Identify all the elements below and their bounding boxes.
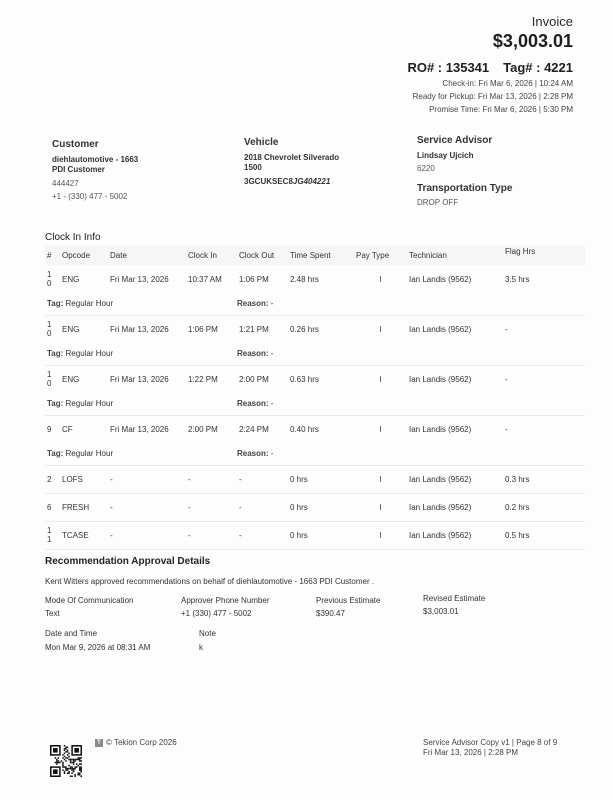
row-number-digit: 1 bbox=[47, 370, 58, 379]
reason-cell: Reason: - bbox=[237, 443, 585, 465]
row-number-digit: 9 bbox=[47, 425, 58, 434]
customer-section: Customer diehlautomotive - 1663 PDI Cust… bbox=[52, 139, 138, 202]
qr-code-icon bbox=[50, 745, 82, 777]
flag-hrs-cell: 0.5 hrs bbox=[503, 521, 585, 549]
table-row-tag: Tag: Regular HourReason: - bbox=[45, 393, 585, 415]
previous-estimate-value: $390.47 bbox=[316, 609, 345, 618]
col-header-time-spent: Time Spent bbox=[288, 245, 354, 265]
reason-cell: Reason: - bbox=[237, 293, 585, 315]
date-cell: Fri Mar 13, 2026 bbox=[108, 365, 186, 393]
row-number-digit: 0 bbox=[47, 379, 58, 388]
approver-phone-value: +1 (330) 477 - 5002 bbox=[181, 609, 252, 618]
clock-out-cell: 2:00 PM bbox=[237, 365, 288, 393]
clock-in-cell: - bbox=[186, 465, 237, 493]
col-header-flag-hrs: Flag Hrs bbox=[503, 245, 585, 265]
promise-time: Promise Time: Fri Mar 6, 2026 | 5:30 PM bbox=[429, 105, 573, 114]
revised-estimate-value: $3,003.01 bbox=[423, 607, 459, 616]
tag-label: Tag: bbox=[47, 399, 63, 408]
date-cell: - bbox=[108, 465, 186, 493]
vehicle-section: Vehicle 2018 Chevrolet Silverado 1500 3G… bbox=[244, 137, 339, 187]
vin-suffix: JG404221 bbox=[293, 177, 330, 186]
clock-out-cell: - bbox=[237, 493, 288, 521]
technician-cell: Ian Landis (9562) bbox=[407, 265, 503, 293]
service-advisor-section: Service Advisor Lindsay Ujcich 6220 Tran… bbox=[417, 135, 512, 208]
pay-type-cell: I bbox=[354, 315, 407, 343]
flag-hrs-cell: - bbox=[503, 365, 585, 393]
printed-date: Fri Mar 13, 2026 | 2:28 PM bbox=[423, 748, 557, 758]
col-header-date: Date bbox=[108, 245, 186, 265]
clock-in-table: # Opcode Date Clock In Clock Out Time Sp… bbox=[45, 245, 585, 550]
customer-name-line1: diehlautomotive - 1663 bbox=[52, 155, 138, 165]
row-number-digit: 0 bbox=[47, 279, 58, 288]
table-row-tag: Tag: Regular HourReason: - bbox=[45, 343, 585, 365]
tag-label: Tag: bbox=[47, 299, 63, 308]
reason-label: Reason: bbox=[237, 399, 269, 408]
table-row: 10ENGFri Mar 13, 20261:22 PM2:00 PM0.63 … bbox=[45, 365, 585, 393]
clock-in-title: Clock In Info bbox=[45, 232, 101, 243]
reason-value: - bbox=[271, 449, 274, 458]
col-header-clock-in: Clock In bbox=[186, 245, 237, 265]
clock-out-cell: - bbox=[237, 521, 288, 549]
clock-in-cell: 2:00 PM bbox=[186, 415, 237, 443]
note-label: Note bbox=[199, 629, 216, 638]
row-number-digit: 1 bbox=[47, 526, 58, 535]
tag-value: Regular Hour bbox=[66, 349, 114, 358]
technician-cell: Ian Landis (9562) bbox=[407, 415, 503, 443]
opcode-cell: TCASE bbox=[60, 521, 108, 549]
tag-label: Tag: bbox=[47, 349, 63, 358]
row-number-digit: 1 bbox=[47, 535, 58, 544]
date-cell: Fri Mar 13, 2026 bbox=[108, 265, 186, 293]
ro-tag-line: RO# : 135341Tag# : 4221 bbox=[407, 60, 573, 75]
clock-in-cell: 10:37 AM bbox=[186, 265, 237, 293]
reason-label: Reason: bbox=[237, 449, 269, 458]
col-header-num: # bbox=[45, 245, 60, 265]
row-number-cell: 2 bbox=[45, 465, 60, 493]
tag-value: Regular Hour bbox=[66, 399, 114, 408]
opcode-cell: LOFS bbox=[60, 465, 108, 493]
table-row: 2LOFS---0 hrsIIan Landis (9562)0.3 hrs bbox=[45, 465, 585, 493]
customer-name-line2: PDI Customer bbox=[52, 165, 138, 175]
transportation-value: DROP OFF bbox=[417, 198, 512, 208]
document-title: Invoice bbox=[532, 14, 573, 29]
pay-type-cell: I bbox=[354, 465, 407, 493]
vehicle-heading: Vehicle bbox=[244, 137, 339, 148]
technician-cell: Ian Landis (9562) bbox=[407, 315, 503, 343]
flag-hrs-cell: 3.5 hrs bbox=[503, 265, 585, 293]
clock-out-cell: 1:21 PM bbox=[237, 315, 288, 343]
datetime-value: Mon Mar 9, 2026 at 08:31 AM bbox=[45, 643, 150, 652]
vin-prefix: 3GCUKSEC8 bbox=[244, 177, 293, 186]
tag-cell: Tag: Regular Hour bbox=[45, 393, 237, 415]
table-row: 10ENGFri Mar 13, 20261:06 PM1:21 PM0.26 … bbox=[45, 315, 585, 343]
date-cell: Fri Mar 13, 2026 bbox=[108, 315, 186, 343]
opcode-cell: ENG bbox=[60, 315, 108, 343]
copyright-text: © Tekion Corp 2026 bbox=[106, 738, 177, 747]
reason-label: Reason: bbox=[237, 299, 269, 308]
table-header-row: # Opcode Date Clock In Clock Out Time Sp… bbox=[45, 245, 585, 265]
technician-cell: Ian Landis (9562) bbox=[407, 521, 503, 549]
row-number-cell: 9 bbox=[45, 415, 60, 443]
opcode-cell: ENG bbox=[60, 265, 108, 293]
row-number-digit: 1 bbox=[47, 320, 58, 329]
technician-cell: Ian Landis (9562) bbox=[407, 365, 503, 393]
time-spent-cell: 0 hrs bbox=[288, 465, 354, 493]
tag-cell: Tag: Regular Hour bbox=[45, 343, 237, 365]
footer-copyright: T © Tekion Corp 2026 bbox=[95, 738, 177, 747]
pay-type-cell: I bbox=[354, 493, 407, 521]
flag-hrs-cell: - bbox=[503, 415, 585, 443]
ro-number: RO# : 135341 bbox=[407, 60, 489, 75]
recommendation-title: Recommendation Approval Details bbox=[45, 556, 210, 567]
mode-value: Text bbox=[45, 609, 60, 618]
previous-estimate-label: Previous Estimate bbox=[316, 596, 380, 605]
vehicle-vin: 3GCUKSEC8JG404221 bbox=[244, 177, 339, 187]
row-number-cell: 6 bbox=[45, 493, 60, 521]
technician-cell: Ian Landis (9562) bbox=[407, 465, 503, 493]
check-in-time: Check-in: Fri Mar 6, 2026 | 10:24 AM bbox=[442, 79, 573, 88]
clock-out-cell: 1:06 PM bbox=[237, 265, 288, 293]
datetime-label: Date and Time bbox=[45, 629, 97, 638]
col-header-pay-type: Pay Type bbox=[354, 245, 407, 265]
reason-value: - bbox=[271, 299, 274, 308]
pay-type-cell: I bbox=[354, 521, 407, 549]
clock-in-cell: 1:22 PM bbox=[186, 365, 237, 393]
time-spent-cell: 0 hrs bbox=[288, 521, 354, 549]
flag-hrs-cell: - bbox=[503, 315, 585, 343]
flag-hrs-cell: 0.2 hrs bbox=[503, 493, 585, 521]
tag-label: Tag: bbox=[47, 449, 63, 458]
time-spent-cell: 0.63 hrs bbox=[288, 365, 354, 393]
reason-cell: Reason: - bbox=[237, 343, 585, 365]
customer-phone: +1 - (330) 477 - 5002 bbox=[52, 192, 138, 202]
time-spent-cell: 0.26 hrs bbox=[288, 315, 354, 343]
opcode-cell: FRESH bbox=[60, 493, 108, 521]
col-header-opcode: Opcode bbox=[60, 245, 108, 265]
service-advisor-heading: Service Advisor bbox=[417, 135, 512, 146]
reason-value: - bbox=[271, 399, 274, 408]
time-spent-cell: 0 hrs bbox=[288, 493, 354, 521]
technician-cell: Ian Landis (9562) bbox=[407, 493, 503, 521]
recommendation-description: Kent Witters approved recommendations on… bbox=[45, 577, 374, 586]
clock-in-cell: 1:06 PM bbox=[186, 315, 237, 343]
service-advisor-id: 6220 bbox=[417, 164, 512, 174]
transportation-heading: Transportation Type bbox=[417, 183, 512, 194]
copy-page-info: Service Advisor Copy v1 | Page 8 of 9 bbox=[423, 738, 557, 748]
tag-value: Regular Hour bbox=[66, 299, 114, 308]
row-number-cell: 11 bbox=[45, 521, 60, 549]
date-cell: Fri Mar 13, 2026 bbox=[108, 415, 186, 443]
col-header-technician: Technician bbox=[407, 245, 503, 265]
mode-label: Mode Of Communication bbox=[45, 596, 133, 605]
table-row: 6FRESH---0 hrsIIan Landis (9562)0.2 hrs bbox=[45, 493, 585, 521]
flag-hrs-cell: 0.3 hrs bbox=[503, 465, 585, 493]
reason-cell: Reason: - bbox=[237, 393, 585, 415]
clock-in-cell: - bbox=[186, 521, 237, 549]
row-number-digit: 2 bbox=[47, 475, 58, 484]
note-value: k bbox=[199, 643, 203, 652]
opcode-cell: CF bbox=[60, 415, 108, 443]
table-row: 9CFFri Mar 13, 20262:00 PM2:24 PM0.40 hr… bbox=[45, 415, 585, 443]
vehicle-model-line1: 2018 Chevrolet Silverado bbox=[244, 153, 339, 163]
row-number-cell: 10 bbox=[45, 365, 60, 393]
tag-cell: Tag: Regular Hour bbox=[45, 443, 237, 465]
opcode-cell: ENG bbox=[60, 365, 108, 393]
row-number-digit: 6 bbox=[47, 503, 58, 512]
row-number-cell: 10 bbox=[45, 265, 60, 293]
date-cell: - bbox=[108, 493, 186, 521]
customer-id: 444427 bbox=[52, 179, 138, 189]
reason-value: - bbox=[271, 349, 274, 358]
pay-type-cell: I bbox=[354, 265, 407, 293]
table-row: 11TCASE---0 hrsIIan Landis (9562)0.5 hrs bbox=[45, 521, 585, 549]
time-spent-cell: 2.48 hrs bbox=[288, 265, 354, 293]
row-number-digit: 0 bbox=[47, 329, 58, 338]
vehicle-model-line2: 1500 bbox=[244, 163, 339, 173]
row-number-digit: 1 bbox=[47, 270, 58, 279]
time-spent-cell: 0.40 hrs bbox=[288, 415, 354, 443]
clock-out-cell: 2:24 PM bbox=[237, 415, 288, 443]
approver-phone-label: Approver Phone Number bbox=[181, 596, 270, 605]
clock-out-cell: - bbox=[237, 465, 288, 493]
table-row-tag: Tag: Regular HourReason: - bbox=[45, 443, 585, 465]
invoice-total: $3,003.01 bbox=[493, 31, 573, 52]
row-number-cell: 10 bbox=[45, 315, 60, 343]
tekion-logo-icon: T bbox=[95, 739, 103, 747]
tag-value: Regular Hour bbox=[66, 449, 114, 458]
footer-page-info: Service Advisor Copy v1 | Page 8 of 9 Fr… bbox=[423, 738, 557, 758]
col-header-clock-out: Clock Out bbox=[237, 245, 288, 265]
reason-label: Reason: bbox=[237, 349, 269, 358]
pay-type-cell: I bbox=[354, 365, 407, 393]
date-cell: - bbox=[108, 521, 186, 549]
tag-cell: Tag: Regular Hour bbox=[45, 293, 237, 315]
table-row-tag: Tag: Regular HourReason: - bbox=[45, 293, 585, 315]
tag-number: Tag# : 4221 bbox=[503, 60, 573, 75]
ready-for-pickup-time: Ready for Pickup: Fri Mar 13, 2026 | 2:2… bbox=[413, 92, 573, 101]
pay-type-cell: I bbox=[354, 415, 407, 443]
clock-in-cell: - bbox=[186, 493, 237, 521]
service-advisor-name: Lindsay Ujcich bbox=[417, 151, 512, 161]
table-row: 10ENGFri Mar 13, 202610:37 AM1:06 PM2.48… bbox=[45, 265, 585, 293]
customer-heading: Customer bbox=[52, 139, 138, 150]
revised-estimate-label: Revised Estimate bbox=[423, 594, 485, 603]
